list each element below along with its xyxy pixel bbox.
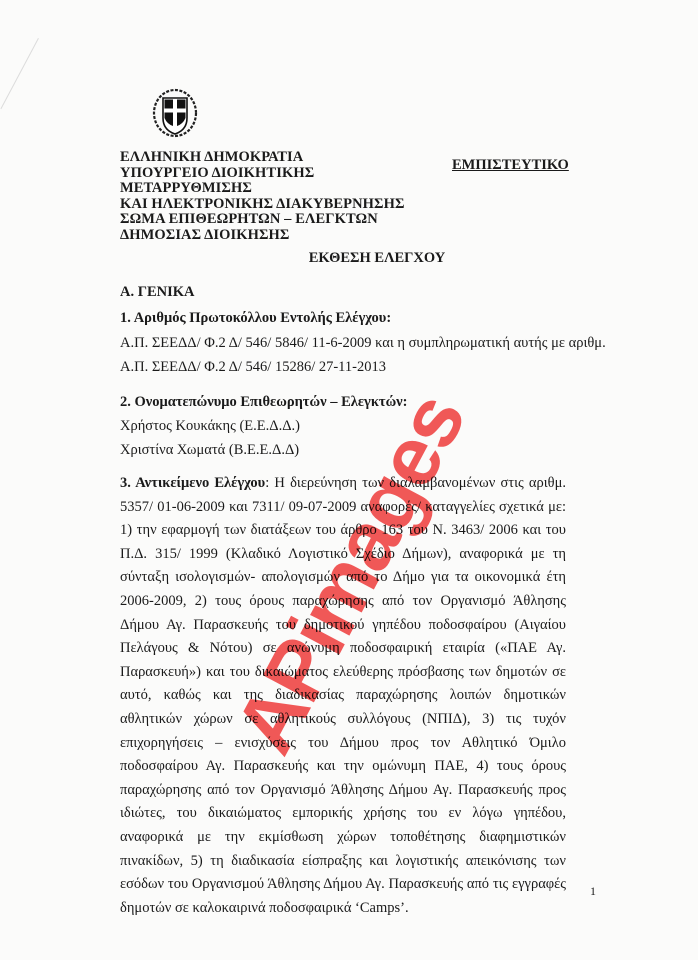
greek-coat-of-arms-icon <box>152 88 198 138</box>
protocol-line: Α.Π. ΣΕΕΔΔ/ Φ.2 Δ/ 546/ 5846/ 11-6-2009 … <box>120 335 606 352</box>
protocol-line: Α.Π. ΣΕΕΔΔ/ Φ.2 Δ/ 546/ 15286/ 27-11-201… <box>120 359 386 376</box>
item3-heading: 3. Αντικείμενο Ελέγχου <box>120 475 265 491</box>
issuing-authority: ΕΛΛΗΝΙΚΗ ΔΗΜΟΚΡΑΤΙΑ ΥΠΟΥΡΓΕΙΟ ΔΙΟΙΚΗΤΙΚΗ… <box>120 150 405 243</box>
header-line: ΥΠΟΥΡΓΕΙΟ ΔΙΟΙΚΗΤΙΚΗΣ <box>120 166 405 182</box>
document-page: ΕΛΛΗΝΙΚΗ ΔΗΜΟΚΡΑΤΙΑ ΥΠΟΥΡΓΕΙΟ ΔΙΟΙΚΗΤΙΚΗ… <box>0 0 698 960</box>
page-number: 1 <box>590 884 596 899</box>
item1-heading: 1. Αριθμός Πρωτοκόλλου Εντολής Ελέγχου: <box>120 310 391 327</box>
header-line: ΚΑΙ ΗΛΕΚΤΡΟΝΙΚΗΣ ΔΙΑΚΥΒΕΡΝΗΣΗΣ <box>120 197 405 213</box>
header-line: ΔΗΜΟΣΙΑΣ ΔΙΟΙΚΗΣΗΣ <box>120 228 405 244</box>
inspector-name: Χριστίνα Χωματά (Β.Ε.Ε.Δ.Δ) <box>120 442 299 459</box>
header-line: ΜΕΤΑΡΡΥΘΜΙΣΗΣ <box>120 181 405 197</box>
header-line: ΣΩΜΑ ΕΠΙΘΕΩΡΗΤΩΝ – ΕΛΕΓΚΤΩΝ <box>120 212 405 228</box>
header-line: ΕΛΛΗΝΙΚΗ ΔΗΜΟΚΡΑΤΙΑ <box>120 150 405 166</box>
section-heading: Α. ΓΕΝΙΚΑ <box>120 284 194 301</box>
item2-heading: 2. Ονοματεπώνυμο Επιθεωρητών – Ελεγκτών: <box>120 394 407 411</box>
inspector-name: Χρήστος Κουκάκης (Ε.Ε.Δ.Δ.) <box>120 418 300 435</box>
item3-body: : Η διερεύνηση των διαλαμβανομένων στις … <box>120 475 566 916</box>
classification-label: ΕΜΠΙΣΤΕΥΤΙΚΟ <box>452 157 569 174</box>
audit-subject-paragraph: 3. Αντικείμενο Ελέγχου: Η διερεύνηση των… <box>120 472 566 920</box>
document-title: ΕΚΘΕΣΗ ΕΛΕΓΧΟΥ <box>0 250 698 267</box>
scan-artifact <box>0 38 38 109</box>
